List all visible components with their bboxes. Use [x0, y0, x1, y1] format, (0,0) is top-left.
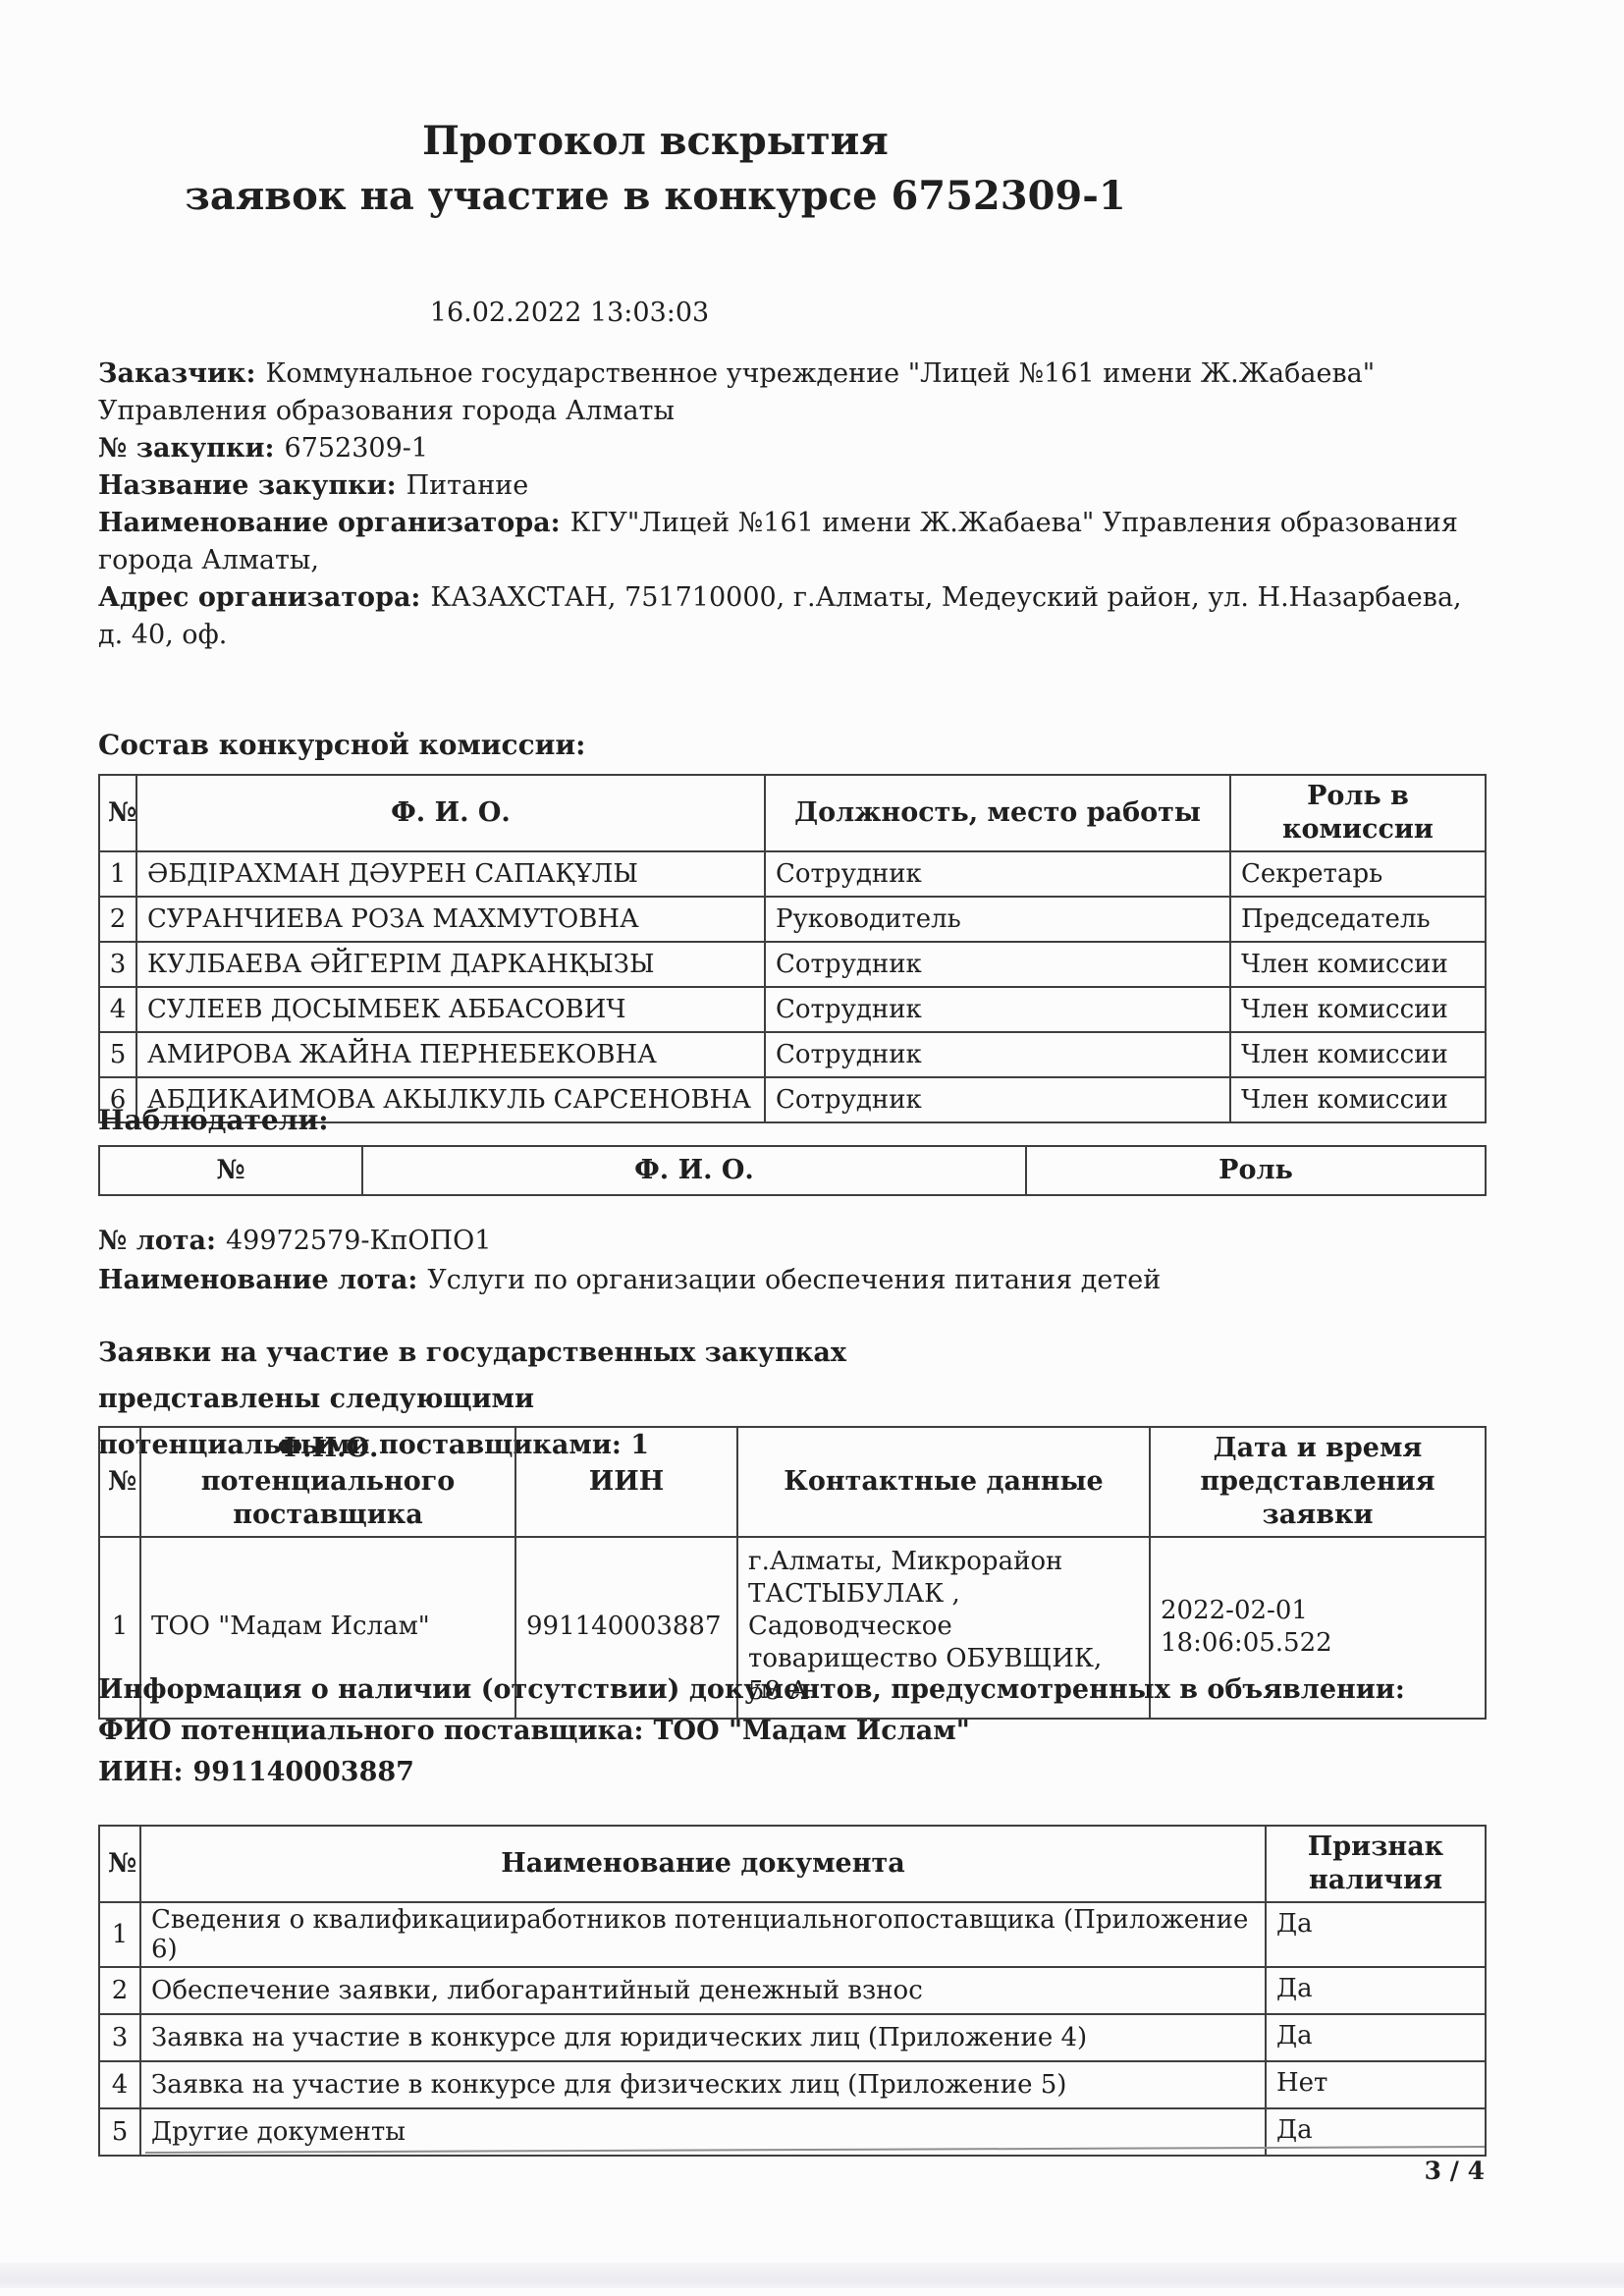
column-header-availability: Признак наличия: [1266, 1826, 1486, 1902]
column-header-role: Роль в комиссии: [1230, 775, 1486, 851]
document-title: Протокол вскрытия заявок на участие в ко…: [123, 114, 1188, 224]
document-title-line2: заявок на участие в конкурсе 6752309-1: [123, 169, 1188, 224]
cell-availability: Нет: [1266, 2061, 1486, 2108]
cell-no: 3: [99, 2014, 140, 2061]
cell-fio: КУЛБАЕВА ӘЙГЕРІМ ДАРКАНҚЫЗЫ: [136, 942, 765, 987]
cell-no: 4: [99, 2061, 140, 2108]
column-header-fio: Ф. И. О.: [136, 775, 765, 851]
column-header-no: №: [99, 1146, 362, 1195]
cell-role: Член комиссии: [1230, 942, 1486, 987]
organizer-address-line-cont: д. 40, оф.: [98, 617, 1502, 654]
customer-line-cont: Управления образования города Алматы: [98, 393, 1502, 430]
column-header-contacts: Контактные данные: [737, 1427, 1150, 1537]
organizer-line: Наименование организатора:КГУ"Лицей №161…: [98, 505, 1502, 542]
bids-heading-line1: Заявки на участие в государственных заку…: [98, 1330, 1031, 1422]
lot-name-line: Наименование лота:Услуги по организации …: [98, 1261, 1502, 1300]
documents-supplier-line: ФИО потенциального поставщика:ТОО "Мадам…: [98, 1711, 1502, 1752]
column-header-role: Роль: [1026, 1146, 1486, 1195]
purchase-name-value: Питание: [406, 470, 529, 501]
organizer-address-label: Адрес организатора:: [98, 582, 420, 613]
cell-position: Сотрудник: [765, 942, 1230, 987]
cell-docname: Сведения о квалификацииработников потенц…: [140, 1902, 1266, 1967]
table-row: 1 ӘБДІРАХМАН ДӘУРЕН САПАҚҰЛЫ Сотрудник С…: [99, 851, 1486, 897]
commission-table: № Ф. И. О. Должность, место работы Роль …: [98, 774, 1487, 1123]
documents-supplier-label: ФИО потенциального поставщика:: [98, 1716, 643, 1746]
column-header-position: Должность, место работы: [765, 775, 1230, 851]
scanned-protocol-page: Протокол вскрытия заявок на участие в ко…: [0, 0, 1624, 2296]
column-header-docname: Наименование документа: [140, 1826, 1266, 1902]
lot-no-line: № лота:49972579-КпОПО1: [98, 1222, 1502, 1261]
table-row: 3 Заявка на участие в конкурсе для юриди…: [99, 2014, 1486, 2061]
organizer-value-line1: КГУ"Лицей №161 имени Ж.Жабаева" Управлен…: [570, 508, 1458, 538]
lot-name-label: Наименование лота:: [98, 1265, 417, 1295]
cell-docname: Заявка на участие в конкурсе для физичес…: [140, 2061, 1266, 2108]
organizer-address-line: Адрес организатора:КАЗАХСТАН, 751710000,…: [98, 579, 1502, 617]
table-header-row: № Ф.И.О. потенциального поставщика ИИН К…: [99, 1427, 1486, 1537]
table-row: 4 СУЛЕЕВ ДОСЫМБЕК АББАСОВИЧ Сотрудник Чл…: [99, 987, 1486, 1032]
column-header-no: №: [99, 1427, 140, 1537]
table-row: 5 АМИРОВА ЖАЙНА ПЕРНЕБЕКОВНА Сотрудник Ч…: [99, 1032, 1486, 1077]
cell-role: Председатель: [1230, 897, 1486, 942]
cell-availability: Да: [1266, 1902, 1486, 1967]
lot-no-label: № лота:: [98, 1226, 216, 1256]
observers-table: № Ф. И. О. Роль: [98, 1145, 1487, 1196]
cell-role: Член комиссии: [1230, 1032, 1486, 1077]
purchase-no-label: № закупки:: [98, 433, 275, 464]
cell-position: Сотрудник: [765, 987, 1230, 1032]
lot-info: № лота:49972579-КпОПО1 Наименование лота…: [98, 1222, 1502, 1300]
cell-fio: СУРАНЧИЕВА РОЗА МАХМУТОВНА: [136, 897, 765, 942]
table-row: 1 Сведения о квалификацииработников поте…: [99, 1902, 1486, 1967]
scan-edge-shadow: [0, 2263, 1624, 2288]
cell-position: Руководитель: [765, 897, 1230, 942]
customer-line: Заказчик:Коммунальное государственное уч…: [98, 355, 1502, 393]
customer-value-line1: Коммунальное государственное учреждение …: [265, 358, 1375, 389]
cell-no: 2: [99, 1967, 140, 2014]
column-header-no: №: [99, 775, 136, 851]
purchase-no-value: 6752309-1: [285, 433, 429, 464]
organizer-line-cont: города Алматы,: [98, 542, 1502, 579]
cell-no: 2: [99, 897, 136, 942]
table-row: 4 Заявка на участие в конкурсе для физич…: [99, 2061, 1486, 2108]
customer-label: Заказчик:: [98, 358, 255, 389]
cell-position: Сотрудник: [765, 851, 1230, 897]
cell-no: 3: [99, 942, 136, 987]
document-datetime: 16.02.2022 13:03:03: [98, 298, 1041, 328]
cell-position: Сотрудник: [765, 1032, 1230, 1077]
document-title-line1: Протокол вскрытия: [123, 114, 1188, 169]
cell-role: Член комиссии: [1230, 987, 1486, 1032]
table-header-row: № Ф. И. О. Должность, место работы Роль …: [99, 775, 1486, 851]
column-header-fio: Ф. И. О.: [362, 1146, 1026, 1195]
cell-no: 1: [99, 1902, 140, 1967]
organizer-label: Наименование организатора:: [98, 508, 561, 538]
table-row: 2 СУРАНЧИЕВА РОЗА МАХМУТОВНА Руководител…: [99, 897, 1486, 942]
cell-role: Секретарь: [1230, 851, 1486, 897]
cell-availability: Да: [1266, 1967, 1486, 2014]
purchase-no-line: № закупки:6752309-1: [98, 430, 1502, 467]
documents-iin-value: 991140003887: [193, 1757, 414, 1787]
cell-position: Сотрудник: [765, 1077, 1230, 1122]
observers-heading: Наблюдатели:: [98, 1104, 329, 1136]
cell-role: Член комиссии: [1230, 1077, 1486, 1122]
cell-no: 4: [99, 987, 136, 1032]
column-header-datetime: Дата и время представления заявки: [1150, 1427, 1486, 1537]
cell-no: 5: [99, 1032, 136, 1077]
cell-docname: Заявка на участие в конкурсе для юридиче…: [140, 2014, 1266, 2061]
table-header-row: № Ф. И. О. Роль: [99, 1146, 1486, 1195]
page-number: 3 / 4: [1375, 2157, 1485, 2185]
cell-availability: Да: [1266, 2014, 1486, 2061]
documents-supplier-value: ТОО "Мадам Ислам": [653, 1716, 969, 1746]
table-row: 3 КУЛБАЕВА ӘЙГЕРІМ ДАРКАНҚЫЗЫ Сотрудник …: [99, 942, 1486, 987]
cell-no: 1: [99, 851, 136, 897]
table-header-row: № Наименование документа Признак наличия: [99, 1826, 1486, 1902]
organizer-address-value-line1: КАЗАХСТАН, 751710000, г.Алматы, Медеуски…: [430, 582, 1461, 613]
documents-info-heading: Информация о наличии (отсутствии) докуме…: [98, 1669, 1502, 1711]
documents-iin-label: ИИН:: [98, 1757, 184, 1787]
commission-heading: Состав конкурсной комиссии:: [98, 729, 586, 761]
purchase-name-label: Название закупки:: [98, 470, 397, 501]
cell-fio: АМИРОВА ЖАЙНА ПЕРНЕБЕКОВНА: [136, 1032, 765, 1077]
purchase-meta: Заказчик:Коммунальное государственное уч…: [98, 355, 1502, 654]
cell-fio: СУЛЕЕВ ДОСЫМБЕК АББАСОВИЧ: [136, 987, 765, 1032]
cell-docname: Обеспечение заявки, либогарантийный дене…: [140, 1967, 1266, 2014]
cell-no: 5: [99, 2108, 140, 2156]
documents-table: № Наименование документа Признак наличия…: [98, 1825, 1487, 2157]
cell-fio: ӘБДІРАХМАН ДӘУРЕН САПАҚҰЛЫ: [136, 851, 765, 897]
column-header-iin: ИИН: [515, 1427, 737, 1537]
documents-info: Информация о наличии (отсутствии) докуме…: [98, 1669, 1502, 1793]
column-header-no: №: [99, 1826, 140, 1902]
lot-name-value: Услуги по организации обеспечения питани…: [427, 1265, 1161, 1295]
table-row: 2 Обеспечение заявки, либогарантийный де…: [99, 1967, 1486, 2014]
documents-iin-line: ИИН:991140003887: [98, 1752, 1502, 1793]
purchase-name-line: Название закупки:Питание: [98, 467, 1502, 505]
column-header-supplier: Ф.И.О. потенциального поставщика: [140, 1427, 515, 1537]
lot-no-value: 49972579-КпОПО1: [226, 1226, 491, 1256]
